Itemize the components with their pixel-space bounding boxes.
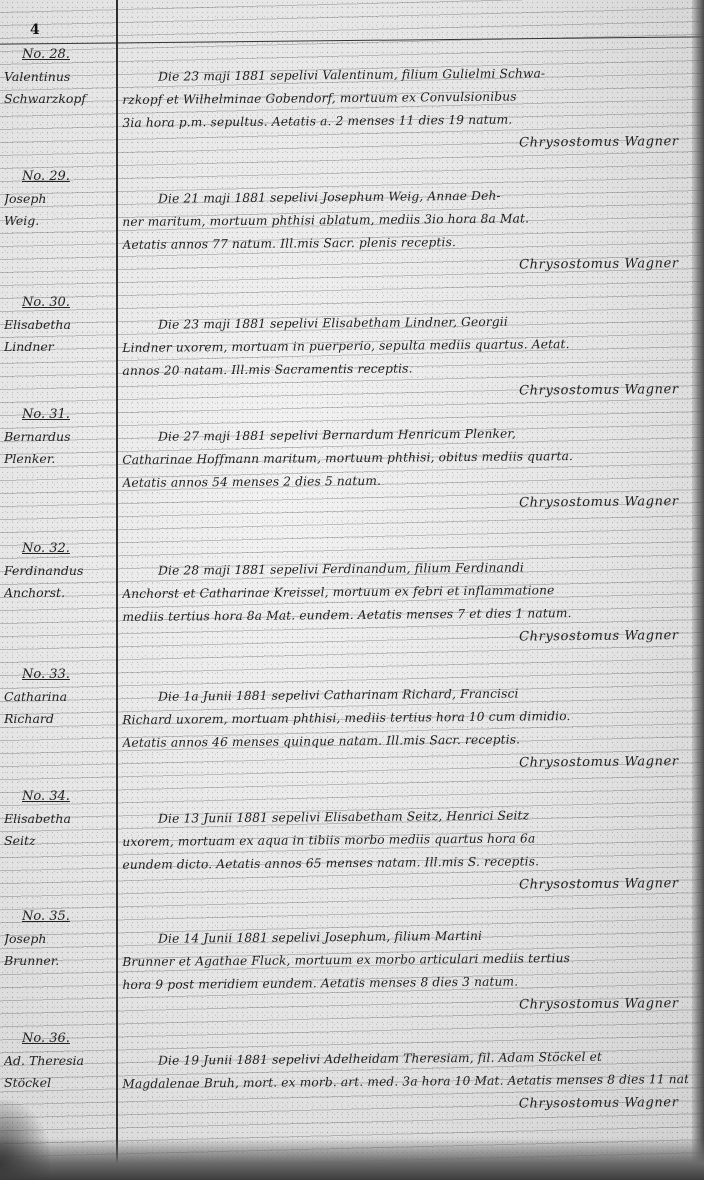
- entry-deceased-name: Joseph: [4, 188, 114, 210]
- entry-deceased-name: Bernardus: [4, 426, 114, 448]
- entry-margin: No. 33.CatharinaRichard: [4, 664, 114, 730]
- entry-deceased-name: Weig.: [4, 210, 114, 232]
- entry-body: Die 14 Junii 1881 sepelivi Josephum, fil…: [122, 923, 689, 1020]
- entry-number: No. 28.: [4, 44, 114, 66]
- entry-deceased-name: Ad. Theresia: [4, 1050, 114, 1072]
- register-page: 4 No. 28.ValentinusSchwarzkopfDie 23 maj…: [0, 0, 704, 1180]
- entry-deceased-name: Stöckel: [4, 1072, 114, 1094]
- margin-column-rule: [116, 0, 118, 1180]
- entry-margin: No. 29.JosephWeig.: [4, 166, 114, 232]
- entry-deceased-name: Catharina: [4, 686, 114, 708]
- entry-margin: No. 30.ElisabethaLindner: [4, 292, 114, 358]
- entry-number: No. 30.: [4, 292, 114, 314]
- entry-body: Die 13 Junii 1881 sepelivi Elisabetham S…: [122, 803, 689, 900]
- entry-deceased-name: Ferdinandus: [4, 560, 114, 582]
- entry-body: Die 27 maji 1881 sepelivi Bernardum Henr…: [122, 421, 689, 518]
- entry-number: No. 31.: [4, 404, 114, 426]
- entry-margin: No. 35.JosephBrunner.: [4, 906, 114, 972]
- entry-number: No. 29.: [4, 166, 114, 188]
- scan-edge-shadow-bottom: [0, 1138, 704, 1180]
- entry-deceased-name: Brunner.: [4, 950, 114, 972]
- entry-margin: No. 36.Ad. TheresiaStöckel: [4, 1028, 114, 1094]
- entry-deceased-name: Elisabetha: [4, 808, 114, 830]
- entry-deceased-name: Richard: [4, 708, 114, 730]
- entry-number: No. 33.: [4, 664, 114, 686]
- entry-deceased-name: Elisabetha: [4, 314, 114, 336]
- entry-number: No. 36.: [4, 1028, 114, 1050]
- scan-corner-shadow: [0, 1100, 50, 1180]
- entry-margin: No. 31.BernardusPlenker.: [4, 404, 114, 470]
- entry-body: Die 1a Junii 1881 sepelivi Catharinam Ri…: [122, 681, 689, 778]
- entry-deceased-name: Plenker.: [4, 448, 114, 470]
- entry-body: Die 21 maji 1881 sepelivi Josephum Weig,…: [122, 183, 689, 280]
- scan-edge-shadow-right: [692, 0, 704, 1180]
- entry-body: Die 23 maji 1881 sepelivi Elisabetham Li…: [122, 309, 689, 406]
- entry-margin: No. 34.ElisabethaSeitz: [4, 786, 114, 852]
- entry-deceased-name: Seitz: [4, 830, 114, 852]
- entry-deceased-name: Lindner: [4, 336, 114, 358]
- entry-deceased-name: Schwarzkopf: [4, 88, 114, 110]
- entry-deceased-name: Anchorst.: [4, 582, 114, 604]
- entry-margin: No. 32.FerdinandusAnchorst.: [4, 538, 114, 604]
- entry-number: No. 32.: [4, 538, 114, 560]
- entry-deceased-name: Valentinus: [4, 66, 114, 88]
- entry-margin: No. 28.ValentinusSchwarzkopf: [4, 44, 114, 110]
- entry-number: No. 34.: [4, 786, 114, 808]
- entry-body: Die 28 maji 1881 sepelivi Ferdinandum, f…: [122, 555, 689, 652]
- entry-number: No. 35.: [4, 906, 114, 928]
- entry-body: Die 23 maji 1881 sepelivi Valentinum, fi…: [122, 61, 689, 158]
- entry-deceased-name: Joseph: [4, 928, 114, 950]
- page-corner-mark: 4: [30, 22, 40, 38]
- entry-body: Die 19 Junii 1881 sepelivi Adelheidam Th…: [122, 1045, 689, 1119]
